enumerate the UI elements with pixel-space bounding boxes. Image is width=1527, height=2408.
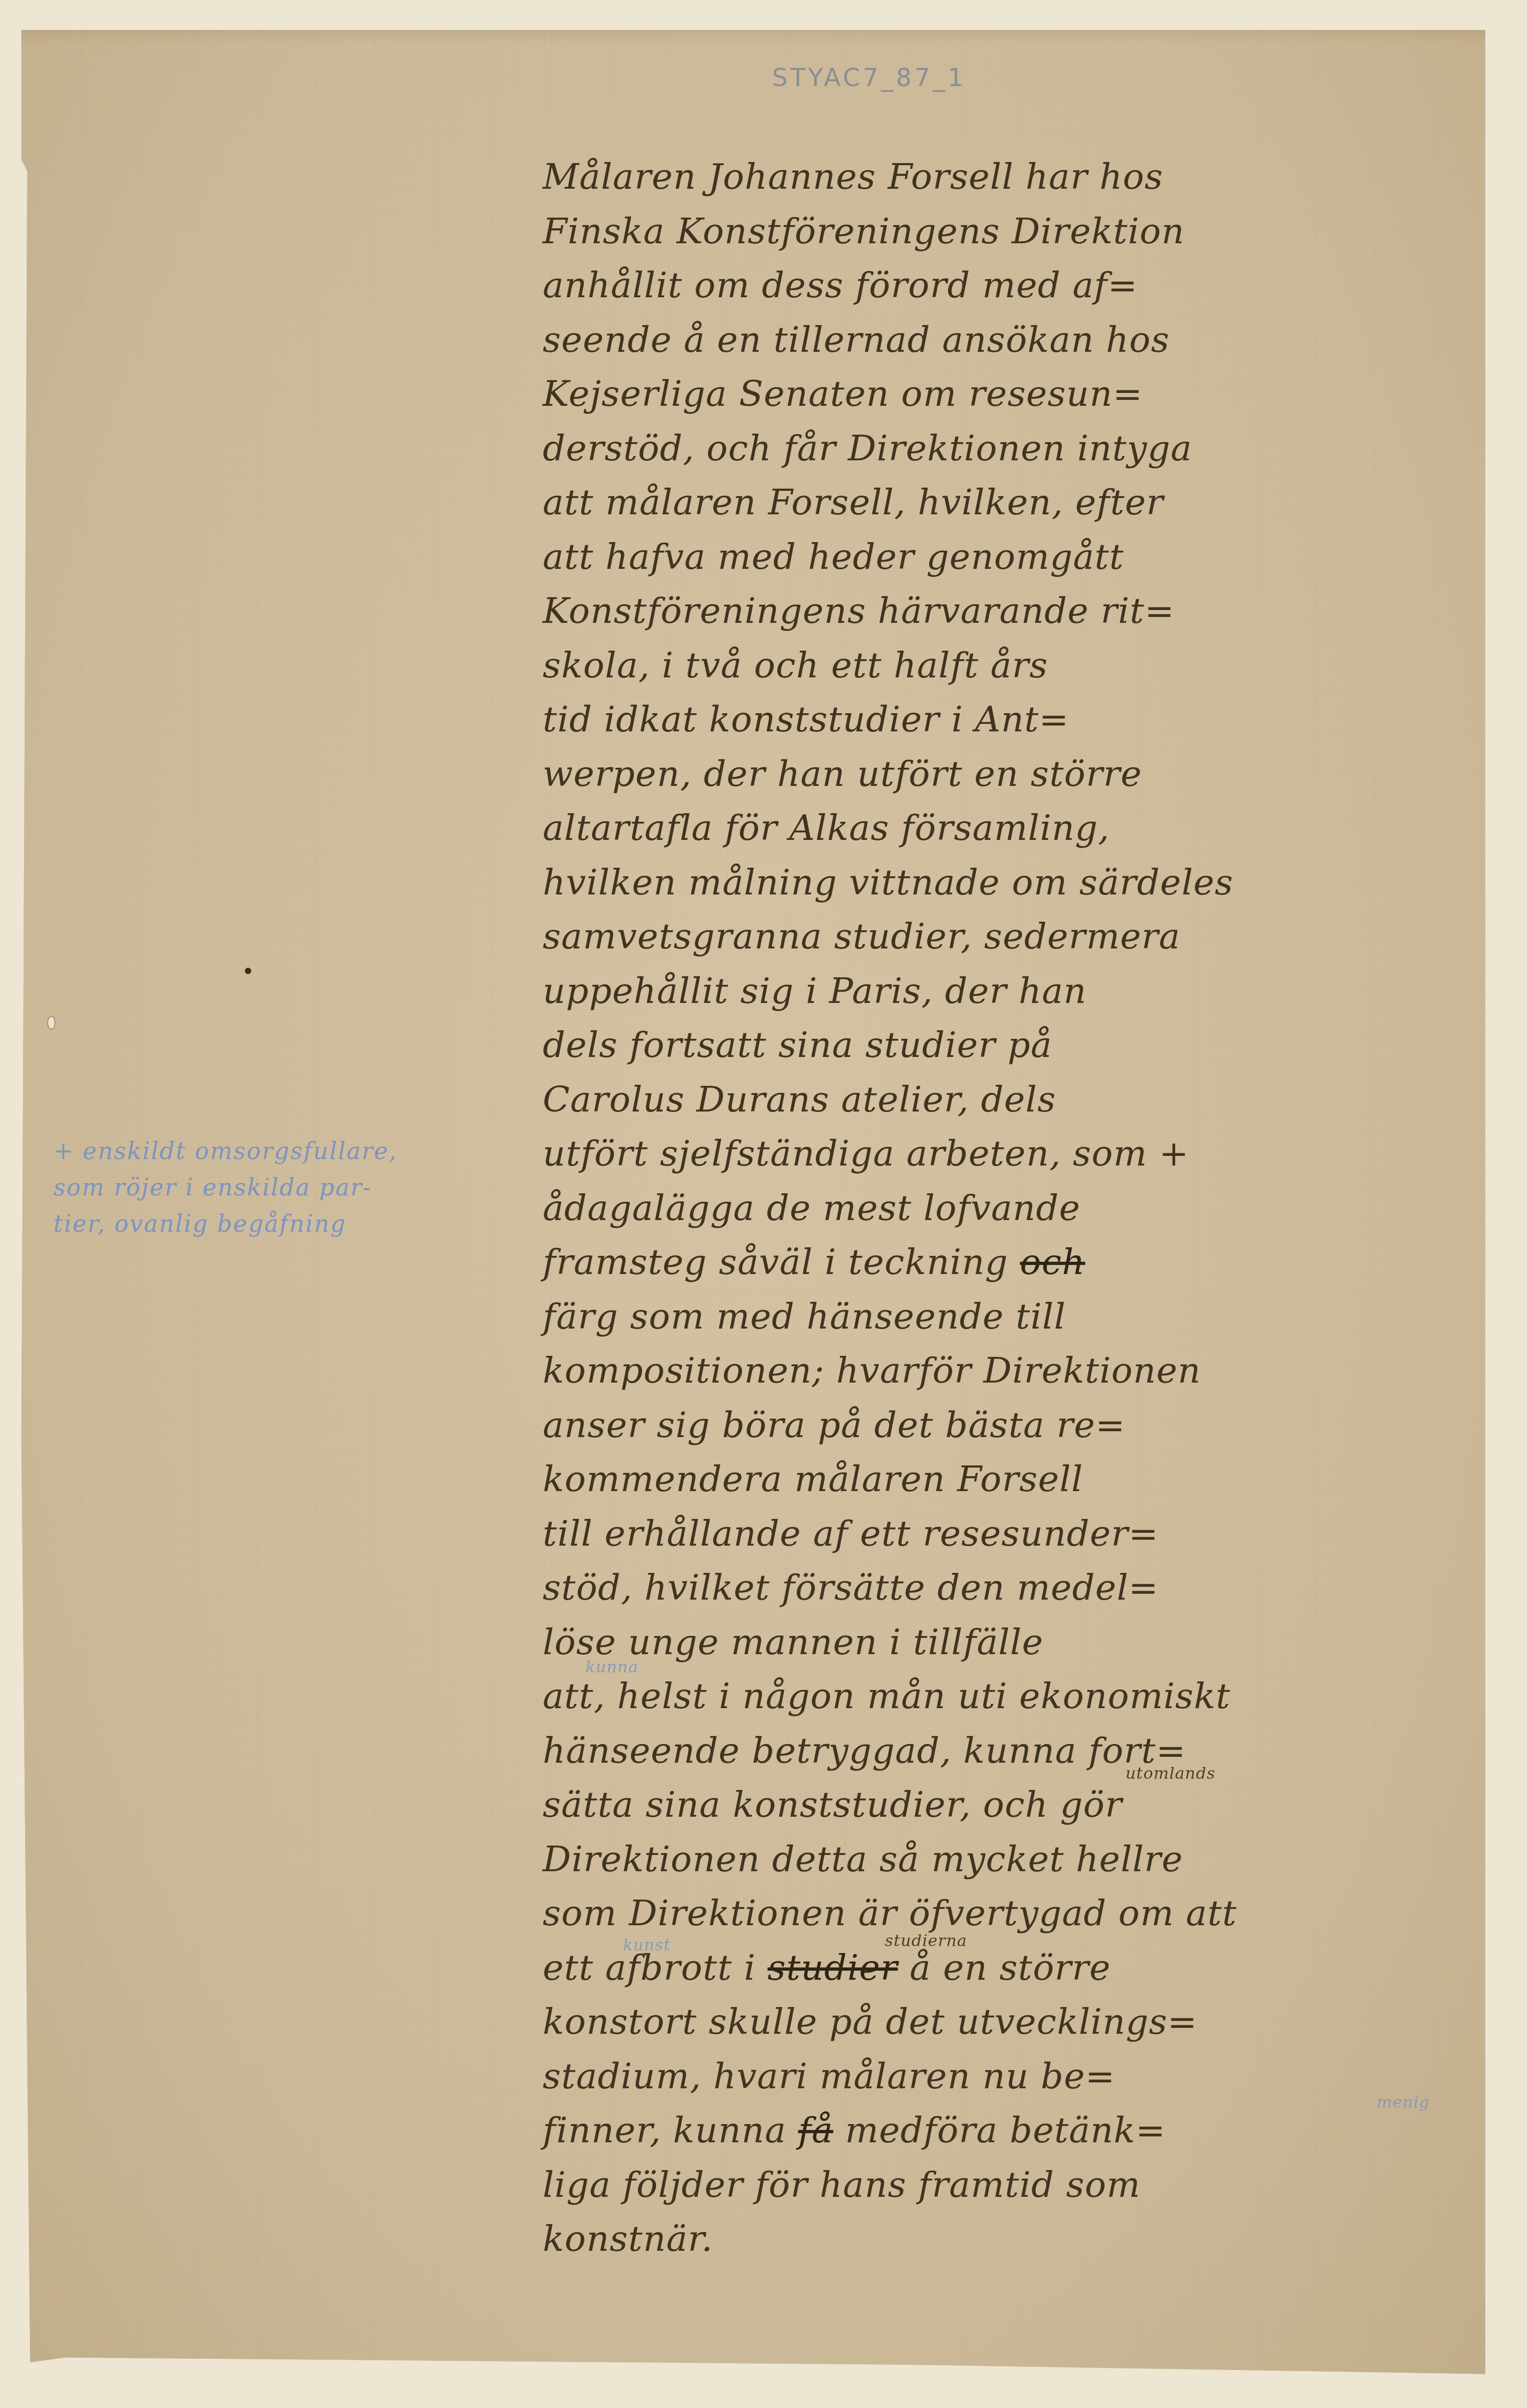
manuscript-line-text: färg som med hänseende till — [543, 1296, 1066, 1337]
manuscript-line-text: kommendera målaren Forsell — [543, 1458, 1083, 1500]
manuscript-line-text: hvilken målning vittnade om särdeles — [543, 862, 1233, 903]
margin-annotation-line: tier, ovanlig begåfning — [53, 1206, 535, 1242]
manuscript-line: konstnär. — [543, 2212, 1494, 2266]
manuscript-line: löse unge mannen i tillfälle — [543, 1615, 1494, 1670]
manuscript-line: finner, kunna få medföra betänk=menig — [543, 2103, 1494, 2158]
interlinear-insertion: studierna — [885, 1933, 967, 1949]
manuscript-line: Finska Konstföreningens Direktion — [543, 204, 1494, 259]
paper-hole — [47, 1016, 56, 1030]
manuscript-line-text: å en större — [898, 1947, 1110, 1988]
manuscript-line: Carolus Durans atelier, dels — [543, 1072, 1494, 1127]
struck-through-word: få — [798, 2110, 834, 2151]
manuscript-line: uppehållit sig i Paris, der han — [543, 964, 1494, 1018]
manuscript-line: utfört sjelfständiga arbeten, som + — [543, 1126, 1494, 1181]
manuscript-line: hänseende betryggad, kunna fort= — [543, 1724, 1494, 1778]
manuscript-line-text: dels fortsatt sina studier på — [543, 1024, 1052, 1066]
manuscript-line-text: skola, i två och ett halft års — [543, 645, 1048, 686]
manuscript-line: samvetsgranna studier, sedermera — [543, 909, 1494, 964]
shelfmark-label: STYAC7_87_1 — [772, 63, 966, 92]
manuscript-line-text: finner, kunna — [543, 2110, 786, 2151]
manuscript-line-text: att, helst i någon mån uti ekonomiskt — [543, 1676, 1230, 1717]
manuscript-line-text: att hafva med heder genomgått — [543, 536, 1124, 577]
manuscript-line-text: kompositionen; hvarför Direktionen — [543, 1350, 1201, 1391]
manuscript-line-text: Målaren Johannes Forsell har hos — [543, 156, 1163, 197]
manuscript-line-text: altartafla för Alkas församling, — [543, 807, 1110, 848]
manuscript-line: liga följder för hans framtid som — [543, 2158, 1494, 2212]
manuscript-line-text: att målaren Forsell, hvilken, efter — [543, 482, 1164, 523]
interlinear-insertion: kunst — [623, 1938, 670, 1954]
manuscript-line: sätta sina konststudier, och görutomland… — [543, 1778, 1494, 1832]
manuscript-line-text: Konstföreningens härvarande rit= — [543, 590, 1175, 631]
manuscript-line-text: samvetsgranna studier, sedermera — [543, 916, 1181, 957]
manuscript-line: att hafva med heder genomgått — [543, 530, 1494, 584]
manuscript-line: färg som med hänseende till — [543, 1290, 1494, 1344]
manuscript-line-text: framsteg såväl i teckning — [543, 1241, 1008, 1283]
margin-annotation-line: som röjer i enskilda par- — [53, 1170, 535, 1206]
manuscript-line-text: derstöd, och får Direktionen intyga — [543, 428, 1192, 469]
manuscript-line-text: Finska Konstföreningens Direktion — [543, 211, 1185, 252]
manuscript-line-text: som Direktionen är öfvertygad om att — [543, 1893, 1237, 1934]
manuscript-line-text: liga följder för hans framtid som — [543, 2164, 1140, 2205]
margin-annotation: + enskildt omsorgsfullare, som röjer i e… — [53, 1133, 535, 1242]
manuscript-line: anhållit om dess förord med af= — [543, 258, 1494, 313]
manuscript-line: kompositionen; hvarför Direktionen — [543, 1344, 1494, 1398]
manuscript-line-text: utfört sjelfständiga arbeten, som + — [543, 1133, 1189, 1174]
manuscript-line-text: Carolus Durans atelier, dels — [543, 1079, 1056, 1120]
manuscript-line-text: Direktionen detta så mycket hellre — [543, 1839, 1183, 1880]
manuscript-line: som Direktionen är öfvertygad om att — [543, 1886, 1494, 1941]
manuscript-line-text: anhållit om dess förord med af= — [543, 265, 1138, 306]
manuscript-line: derstöd, och får Direktionen intyga — [543, 421, 1494, 476]
manuscript-line: kommendera målaren Forsell — [543, 1452, 1494, 1507]
ink-blot — [245, 968, 251, 974]
manuscript-line: ett afbrott i studier å en störrestudier… — [543, 1941, 1494, 1995]
manuscript-line: Kejserliga Senaten om resesun= — [543, 367, 1494, 421]
struck-through-word: studier — [768, 1947, 898, 1988]
manuscript-line-text: medföra betänk= — [834, 2110, 1166, 2151]
interlinear-insertion: kunna — [585, 1660, 638, 1676]
manuscript-line-text: konstnär. — [543, 2218, 713, 2259]
interlinear-insertion: utomlands — [1125, 1766, 1215, 1782]
manuscript-line-text: stöd, hvilket försätte den medel= — [543, 1567, 1159, 1608]
manuscript-line: att målaren Forsell, hvilken, efter — [543, 475, 1494, 530]
manuscript-line: skola, i två och ett halft års — [543, 638, 1494, 693]
manuscript-line-text: konstort skulle på det utvecklings= — [543, 2001, 1198, 2042]
manuscript-line-text: sätta sina konststudier, och gör — [543, 1784, 1122, 1825]
manuscript-line: framsteg såväl i teckning och — [543, 1235, 1494, 1290]
manuscript-line-text: seende å en tillernad ansökan hos — [543, 319, 1170, 360]
manuscript-line-text: stadium, hvari målaren nu be= — [543, 2056, 1115, 2097]
manuscript-line: stadium, hvari målaren nu be= — [543, 2049, 1494, 2104]
manuscript-line: till erhållande af ett resesunder= — [543, 1507, 1494, 1561]
manuscript-line-text: hänseende betryggad, kunna fort= — [543, 1730, 1186, 1771]
manuscript-line-text: werpen, der han utfört en större — [543, 753, 1142, 794]
manuscript-line: tid idkat konststudier i Ant= — [543, 692, 1494, 747]
manuscript-line: ådagalägga de mest lofvande — [543, 1181, 1494, 1236]
letter-body: Målaren Johannes Forsell har hosFinska K… — [543, 150, 1494, 2266]
interlinear-insertion: menig — [1377, 2095, 1430, 2111]
manuscript-line-text: löse unge mannen i tillfälle — [543, 1622, 1044, 1663]
manuscript-line: Konstföreningens härvarande rit= — [543, 584, 1494, 638]
manuscript-line-text: anser sig böra på det bästa re= — [543, 1404, 1125, 1446]
margin-annotation-line: + enskildt omsorgsfullare, — [53, 1133, 535, 1170]
manuscript-line: att, helst i någon mån uti ekonomisktkun… — [543, 1669, 1494, 1724]
manuscript-line: altartafla för Alkas församling, — [543, 801, 1494, 855]
manuscript-line: dels fortsatt sina studier på — [543, 1018, 1494, 1072]
manuscript-line-text: Kejserliga Senaten om resesun= — [543, 373, 1143, 414]
manuscript-line: hvilken målning vittnade om särdeles — [543, 855, 1494, 910]
manuscript-line-text: tid idkat konststudier i Ant= — [543, 699, 1069, 740]
manuscript-line-text: uppehållit sig i Paris, der han — [543, 970, 1087, 1012]
manuscript-line: konstort skulle på det utvecklings= — [543, 1995, 1494, 2049]
manuscript-line-text: ådagalägga de mest lofvande — [543, 1187, 1081, 1229]
struck-through-word: och — [1020, 1241, 1085, 1283]
manuscript-line: werpen, der han utfört en större — [543, 747, 1494, 801]
manuscript-line: anser sig böra på det bästa re= — [543, 1398, 1494, 1453]
manuscript-line: seende å en tillernad ansökan hos — [543, 313, 1494, 367]
manuscript-line-text: till erhållande af ett resesunder= — [543, 1513, 1159, 1554]
manuscript-line: Direktionen detta så mycket hellre — [543, 1832, 1494, 1887]
manuscript-line: stöd, hvilket försätte den medel= — [543, 1561, 1494, 1615]
manuscript-line: Målaren Johannes Forsell har hos — [543, 150, 1494, 204]
